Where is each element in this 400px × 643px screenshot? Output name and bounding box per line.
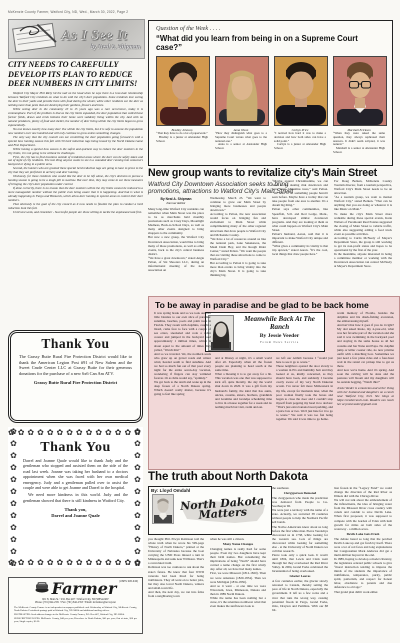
thank-you-ad-grassy-butte: Thank You The Grassy Butte Rural Fire Pr…	[8, 330, 143, 423]
ranch-headline: To be away in paradise and be glad to be…	[155, 300, 395, 310]
person-detail: Anna is a senior at Alexander High Schoo…	[215, 143, 267, 151]
byline: By Neal A. Shipman Farmer Editor	[148, 197, 204, 205]
editorial-paragraph: Watford City Mayor Phil Riely hit the na…	[8, 92, 143, 108]
masthead-legal: The McKenzie County Farmer is an indepen…	[14, 606, 137, 612]
article-column-3: “Maybe around Christmastime, we can have…	[272, 179, 328, 294]
ranch-column-2: and at Disney at night, it's a small wor…	[215, 356, 272, 463]
byline-title: Farmer Editor	[148, 201, 204, 205]
ad-body: The Grassy Butte Rural Fire Protection D…	[19, 354, 132, 377]
ad-title: Thank You	[23, 440, 128, 456]
nd-column-3: the southeast. Clergyperson Demoted The …	[272, 486, 328, 620]
editorial-paragraph: Until next week, and remember - Successf…	[8, 211, 143, 215]
thank-you-ad-quale: ✿ ✿ ✿ ✿ ✿ ✿ ✿ ✿ ✿ ✿ ✿ ✿ ✿ ✿ ✿ ✿ ✿ ✿ ✿ ✿ …	[8, 427, 143, 568]
flower-border-top: ✿ ✿ ✿ ✿ ✿ ✿ ✿ ✿ ✿ ✿ ✿ ✿ ✿ ✿ ✿ ✿ ✿ ✿ ✿ ✿ …	[8, 427, 143, 438]
ad-body: Darrel and Joanne Quale would like to th…	[23, 458, 128, 490]
portrait-photo	[333, 56, 387, 126]
column-subhead: Clergyperson Demoted	[272, 491, 328, 495]
portrait-photo	[215, 56, 269, 126]
masthead-contact: Phone: (701) 842-2351 • Fax: (701) 842-2…	[14, 601, 137, 604]
nd-byline: By: Lloyd Omdahl	[149, 487, 271, 494]
qow-person: Anna Olson “How they distinguish what go…	[215, 56, 267, 155]
article-column-1: Many long-time Watford City residents ca…	[148, 207, 204, 294]
nd-column-text: the southeast.	[272, 486, 328, 490]
ad-signature: Darrel and Joanne Quale	[23, 513, 128, 518]
person-detail: Marshall is a senior at Alexander High S…	[333, 147, 385, 155]
flower-border-left: ✿ ✿ ✿ ✿ ✿ ✿ ✿ ✿ ✿ ✿ ✿ ✿ ✿ ✿ ✿ ✿ ✿ ✿	[8, 427, 19, 568]
page-folio-line: McKenzie County Farmer, Watford City, ND…	[8, 10, 228, 14]
nd-column-text: when he was still a citizen.	[210, 537, 266, 541]
ad-content: Thank You Darrel and Joanne Quale would …	[20, 438, 131, 557]
ranch-title-box: Meanwhile Back At The Ranch By Jessie Ve…	[205, 312, 325, 352]
author-bio: Jessie Veeder is a musician and writer l…	[337, 386, 394, 406]
ad-closing: Thank you,	[23, 507, 128, 512]
ranch-box-byline: By Jessie Veeder	[237, 333, 322, 339]
qow-people-row: Bradley Johnson “That they have to do a …	[156, 56, 385, 155]
flower-border-bottom: ✿ ✿ ✿ ✿ ✿ ✿ ✿ ✿ ✿ ✿ ✿ ✿ ✿ ✿ ✿ ✿ ✿ ✿ ✿ ✿ …	[8, 557, 143, 568]
north-dakota-matters-box: By: Lloyd Omdahl North Dakota Matters	[148, 486, 272, 535]
nd-column-4: lion frozen in the “Legacy Fund” we coul…	[334, 486, 392, 620]
nd-column-text: The debate lasted so long that the perch…	[334, 537, 392, 594]
main-street-headline: New group wants to revitalize city's Mai…	[148, 167, 398, 179]
ranch-box-credit: Forum News Service	[237, 340, 322, 344]
column-subhead: Many Name Changes	[210, 542, 266, 546]
editorial-body: Watford City Mayor Phil Riely hit the na…	[8, 92, 143, 328]
nd-column-text: lion frozen in the “Legacy Fund” we coul…	[334, 486, 392, 531]
ad-body: We need more kindness in this world. Jud…	[23, 492, 128, 503]
as-i-see-it-byline: by Neal A. Shipman	[61, 44, 140, 50]
person-detail: Bradley is a junior at Alexander High Sc…	[156, 136, 208, 144]
notepad-pencil-icon	[9, 19, 61, 59]
nd-column-text: A few centuries earlier, the glacier slo…	[272, 579, 328, 612]
farmer-wordmark: Farmer	[52, 581, 117, 597]
nd-column-text: The clergyperson who made the prediction…	[272, 496, 328, 573]
article-column-4: For Doug Bolken, McKenzie County Tourism…	[334, 179, 392, 294]
masthead-rates: SUBSCRIPTION RATES: McKenzie County, $40…	[14, 617, 137, 623]
ranch-box-title: Meanwhile Back At The Ranch	[237, 315, 322, 331]
as-i-see-it-logo: As I See It by Neal A. Shipman	[8, 19, 145, 59]
column-subhead: Devils Lake Gets Fresh	[334, 532, 392, 536]
qow-headline: “What did you learn from being in on a S…	[156, 34, 385, 52]
flower-border-right: ✿ ✿ ✿ ✿ ✿ ✿ ✿ ✿ ✿ ✿ ✿ ✿ ✿ ✿ ✿ ✿ ✿ ✿	[132, 427, 143, 568]
ad-title: Thank You	[19, 336, 132, 352]
newspaper-page: McKenzie County Farmer, Watford City, ND…	[0, 0, 400, 643]
nd-column-1: you thought Phil. Elwyn Robinson told th…	[148, 537, 204, 620]
ranch-column-4: warm memory of Florida, besides the dolp…	[337, 311, 394, 463]
jessie-veeder-photo	[208, 315, 234, 351]
qow-person: Corbyn Price “I noticed how hard it was …	[274, 56, 326, 155]
editorial-paragraph: If done correctly, there is no reason th…	[8, 187, 143, 203]
ranch-column-4-text: warm memory of Florida, besides the dolp…	[337, 311, 394, 384]
as-i-see-it-title: As I See It	[61, 28, 140, 44]
question-of-week-box: Question of the Week . . . . “What did y…	[148, 20, 393, 166]
portrait-photo	[156, 56, 210, 126]
portrait-photo	[274, 56, 328, 126]
nd-column-2: when he was still a citizen. Many Name C…	[210, 537, 266, 620]
editorial-paragraph: While seeing deer in the community 10 to…	[8, 108, 143, 128]
nd-column-text: Changing names is really hard for some p…	[210, 547, 266, 608]
column-subhead: Glacier Leaves	[272, 574, 328, 578]
qow-label: Question of the Week . . . .	[156, 25, 385, 32]
article-column-2: Wednesday, March 23. “We want to continu…	[210, 196, 266, 294]
ranch-column-panel: To be away in paradise and be glad to be…	[148, 296, 400, 470]
newspaper-stack-icon	[35, 580, 49, 598]
ranch-column-1: It was spring break and so we took our t…	[154, 311, 211, 463]
editorial-headline: CITY NEEDS TO CAREFULLY DEVELOP ITS PLAN…	[8, 60, 143, 89]
masthead-postmaster: POSTMASTER: Send address changes to the …	[14, 613, 137, 616]
person-quote: “When they were asked the same question,…	[333, 132, 385, 147]
editorial-paragraph: The only way that the city council can s…	[8, 136, 143, 148]
qow-person: Marshall Erickson “When they were asked …	[333, 56, 385, 155]
nd-headline: The truth about North Dakota	[148, 471, 398, 483]
ranch-column-3: we left our Airbnb because I “would just…	[276, 356, 333, 463]
qow-person: Bradley Johnson “That they have to do a …	[156, 56, 208, 155]
person-detail: Corbyn is a junior at Alexander High Sch…	[274, 143, 326, 151]
masthead-box: (USPS 336-340) Farmer 601 N. Main St. • …	[8, 577, 143, 634]
ad-signature: Grassy Butte Rural Fire Protection Distr…	[19, 380, 132, 385]
lloyd-omdahl-photo	[152, 494, 174, 524]
usps-number: (USPS 336-340)	[119, 580, 138, 583]
